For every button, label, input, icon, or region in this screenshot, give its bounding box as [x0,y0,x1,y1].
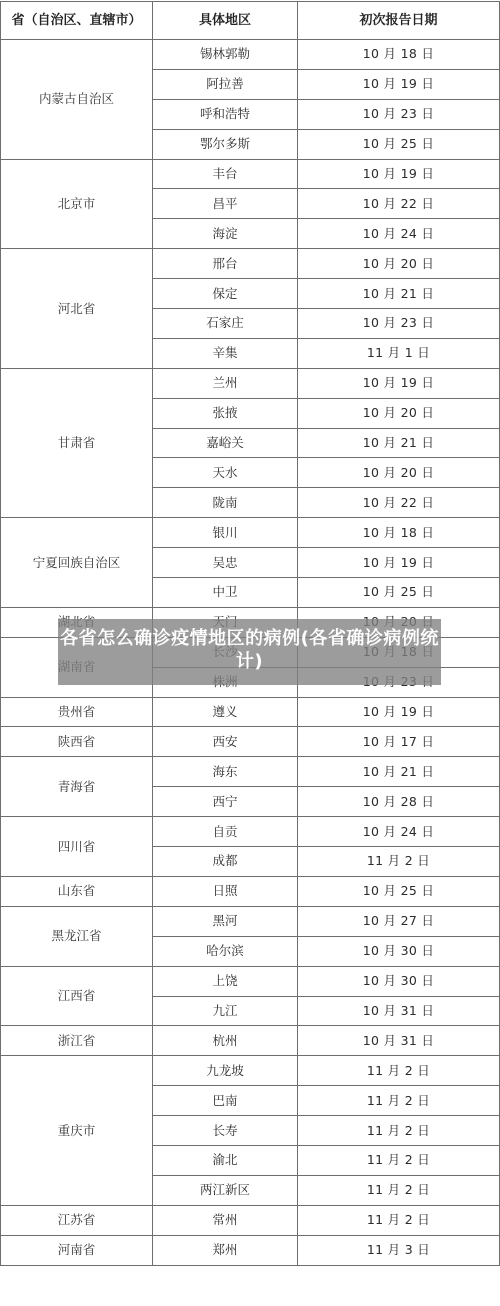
report-date-cell: 10 月 19 日 [298,159,500,189]
report-date-cell: 10 月 25 日 [298,876,500,906]
area-cell: 海东 [153,757,298,787]
province-cell: 河南省 [1,1235,153,1265]
province-cell: 河北省 [1,249,153,369]
area-cell: 邢台 [153,249,298,279]
table-row: 贵州省遵义10 月 19 日 [1,697,500,727]
area-cell: 渝北 [153,1145,298,1175]
area-cell: 陇南 [153,488,298,518]
report-date-cell: 11 月 2 日 [298,1116,500,1146]
report-date-cell: 10 月 17 日 [298,727,500,757]
area-cell: 石家庄 [153,309,298,339]
area-cell: 阿拉善 [153,69,298,99]
area-cell: 辛集 [153,338,298,368]
area-cell: 张掖 [153,398,298,428]
area-cell: 杭州 [153,1026,298,1056]
area-cell: 郑州 [153,1235,298,1265]
report-date-cell: 10 月 24 日 [298,219,500,249]
area-cell: 遵义 [153,697,298,727]
header-province: 省（自治区、直辖市） [1,2,153,40]
area-cell: 上饶 [153,966,298,996]
report-date-cell: 10 月 21 日 [298,757,500,787]
province-cell: 重庆市 [1,1056,153,1205]
table-row: 江西省上饶10 月 30 日 [1,966,500,996]
report-date-cell: 10 月 19 日 [298,548,500,578]
province-cell: 黑龙江省 [1,906,153,966]
report-date-cell: 11 月 1 日 [298,338,500,368]
table-row: 宁夏回族自治区银川10 月 18 日 [1,518,500,548]
report-date-cell: 10 月 20 日 [298,458,500,488]
report-date-cell: 10 月 20 日 [298,249,500,279]
province-cell: 青海省 [1,757,153,817]
table-header-row: 省（自治区、直辖市） 具体地区 初次报告日期 [1,2,500,40]
province-cell: 江西省 [1,966,153,1026]
table-row: 北京市丰台10 月 19 日 [1,159,500,189]
area-cell: 鄂尔多斯 [153,129,298,159]
report-date-cell: 11 月 2 日 [298,1056,500,1086]
area-cell: 呼和浩特 [153,99,298,129]
report-date-cell: 10 月 21 日 [298,279,500,309]
report-date-cell: 10 月 19 日 [298,69,500,99]
province-cell: 江苏省 [1,1205,153,1235]
area-cell: 常州 [153,1205,298,1235]
report-date-cell: 11 月 2 日 [298,1086,500,1116]
table-row: 四川省自贡10 月 24 日 [1,817,500,847]
area-cell: 九龙坡 [153,1056,298,1086]
table-row: 河北省邢台10 月 20 日 [1,249,500,279]
report-date-cell: 10 月 19 日 [298,697,500,727]
area-cell: 银川 [153,518,298,548]
report-date-cell: 11 月 2 日 [298,1145,500,1175]
table-row: 青海省海东10 月 21 日 [1,757,500,787]
province-cell: 宁夏回族自治区 [1,518,153,608]
report-date-cell: 10 月 25 日 [298,129,500,159]
area-cell: 丰台 [153,159,298,189]
area-cell: 中卫 [153,578,298,608]
area-cell: 成都 [153,847,298,877]
area-cell: 锡林郭勒 [153,40,298,70]
area-cell: 九江 [153,996,298,1026]
report-date-cell: 11 月 2 日 [298,1175,500,1205]
area-cell: 天水 [153,458,298,488]
report-date-cell: 10 月 21 日 [298,428,500,458]
report-date-cell: 10 月 22 日 [298,189,500,219]
area-cell: 嘉峪关 [153,428,298,458]
report-date-cell: 10 月 22 日 [298,488,500,518]
area-cell: 哈尔滨 [153,936,298,966]
report-date-cell: 11 月 2 日 [298,1205,500,1235]
report-date-cell: 10 月 19 日 [298,368,500,398]
area-cell: 海淀 [153,219,298,249]
report-date-cell: 10 月 18 日 [298,40,500,70]
table-row: 黑龙江省黑河10 月 27 日 [1,906,500,936]
area-cell: 西宁 [153,787,298,817]
table-row: 内蒙古自治区锡林郭勒10 月 18 日 [1,40,500,70]
table-row: 甘肃省兰州10 月 19 日 [1,368,500,398]
province-cell: 贵州省 [1,697,153,727]
area-cell: 西安 [153,727,298,757]
report-date-cell: 10 月 30 日 [298,936,500,966]
report-date-cell: 10 月 25 日 [298,578,500,608]
table-row: 河南省郑州11 月 3 日 [1,1235,500,1265]
report-date-cell: 10 月 18 日 [298,518,500,548]
report-date-cell: 11 月 2 日 [298,847,500,877]
area-cell: 日照 [153,876,298,906]
area-cell: 黑河 [153,906,298,936]
report-date-cell: 10 月 27 日 [298,906,500,936]
province-cell: 陕西省 [1,727,153,757]
area-cell: 吴忠 [153,548,298,578]
table-row: 山东省日照10 月 25 日 [1,876,500,906]
report-date-cell: 10 月 20 日 [298,398,500,428]
province-cell: 内蒙古自治区 [1,40,153,160]
province-cell: 山东省 [1,876,153,906]
header-area: 具体地区 [153,2,298,40]
province-cell: 北京市 [1,159,153,249]
report-date-cell: 10 月 30 日 [298,966,500,996]
area-cell: 巴南 [153,1086,298,1116]
report-date-cell: 10 月 23 日 [298,309,500,339]
header-first-report-date: 初次报告日期 [298,2,500,40]
report-date-cell: 10 月 24 日 [298,817,500,847]
province-cell: 四川省 [1,817,153,877]
table-row: 浙江省杭州10 月 31 日 [1,1026,500,1056]
report-date-cell: 10 月 23 日 [298,99,500,129]
article-title-overlay: 各省怎么确诊疫情地区的病例(各省确诊病例统计) [58,619,441,685]
province-cell: 浙江省 [1,1026,153,1056]
report-date-cell: 10 月 31 日 [298,1026,500,1056]
area-cell: 两江新区 [153,1175,298,1205]
area-cell: 兰州 [153,368,298,398]
area-cell: 长寿 [153,1116,298,1146]
area-cell: 保定 [153,279,298,309]
table-row: 江苏省常州11 月 2 日 [1,1205,500,1235]
report-date-cell: 11 月 3 日 [298,1235,500,1265]
table-row: 重庆市九龙坡11 月 2 日 [1,1056,500,1086]
report-date-cell: 10 月 31 日 [298,996,500,1026]
province-cell: 甘肃省 [1,368,153,517]
report-date-cell: 10 月 28 日 [298,787,500,817]
table-row: 陕西省西安10 月 17 日 [1,727,500,757]
area-cell: 自贡 [153,817,298,847]
area-cell: 昌平 [153,189,298,219]
